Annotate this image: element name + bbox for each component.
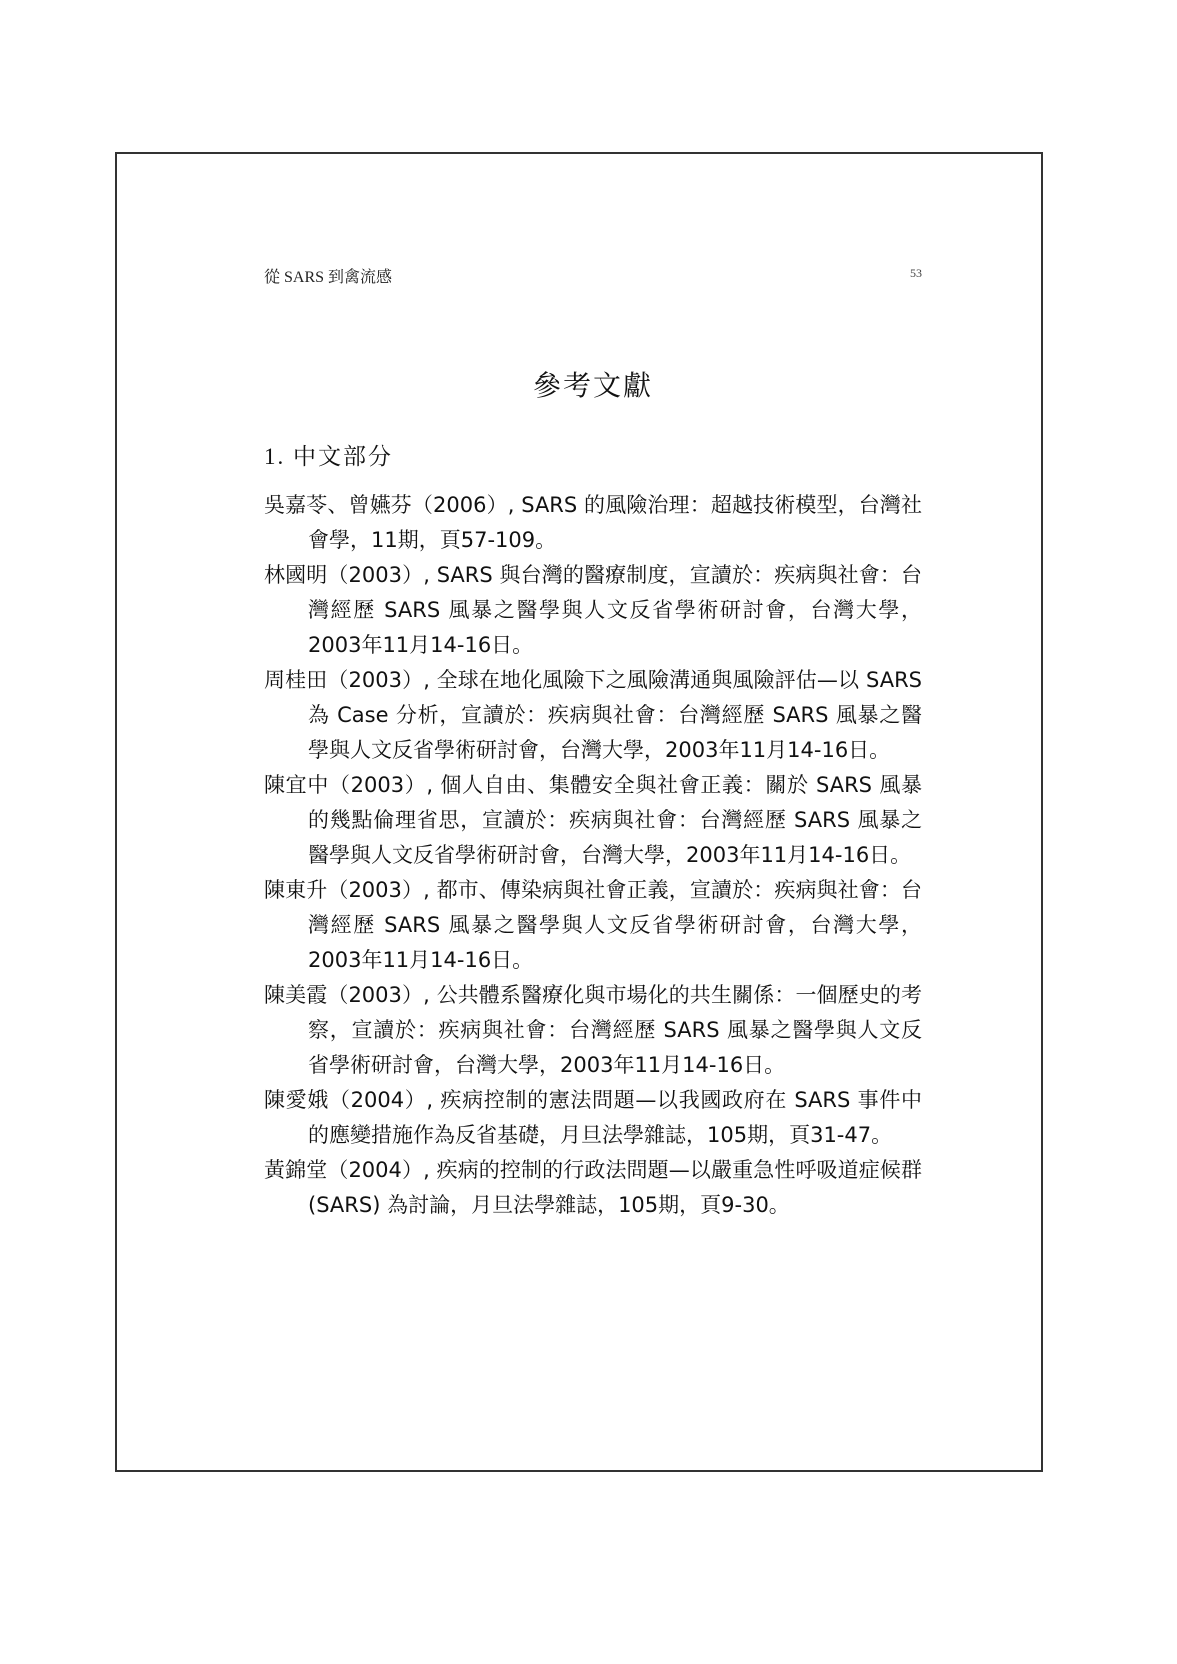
reference-item: 陳東升（2003）, 都市、傳染病與社會正義，宣讀於：疾病與社會：台灣經歷 SA… [264, 873, 922, 978]
reference-item: 吳嘉苓、曾嬿芬（2006）, SARS 的風險治理：超越技術模型，台灣社會學，1… [264, 488, 922, 558]
running-title: 從 SARS 到禽流感 [264, 264, 392, 287]
reference-item: 周桂田（2003）, 全球在地化風險下之風險溝通與風險評估—以 SARS 為 C… [264, 663, 922, 768]
section-title: 參考文獻 [264, 364, 922, 404]
reference-item: 陳愛娥（2004）, 疾病控制的憲法問題—以我國政府在 SARS 事件中的應變措… [264, 1083, 922, 1153]
subsection-title: 1. 中文部分 [264, 438, 393, 471]
reference-item: 陳美霞（2003）, 公共體系醫療化與市場化的共生關係：一個歷史的考察，宣讀於：… [264, 978, 922, 1083]
page-number: 53 [910, 266, 922, 281]
reference-item: 陳宜中（2003）, 個人自由、集體安全與社會正義：關於 SARS 風暴的幾點倫… [264, 768, 922, 873]
reference-item: 林國明（2003）, SARS 與台灣的醫療制度，宣讀於：疾病與社會：台灣經歷 … [264, 558, 922, 663]
running-header: 從 SARS 到禽流感 53 [264, 264, 922, 286]
reference-list: 吳嘉苓、曾嬿芬（2006）, SARS 的風險治理：超越技術模型，台灣社會學，1… [264, 488, 922, 1223]
reference-item: 黃錦堂（2004）, 疾病的控制的行政法問題—以嚴重急性呼吸道症候群 (SARS… [264, 1153, 922, 1223]
